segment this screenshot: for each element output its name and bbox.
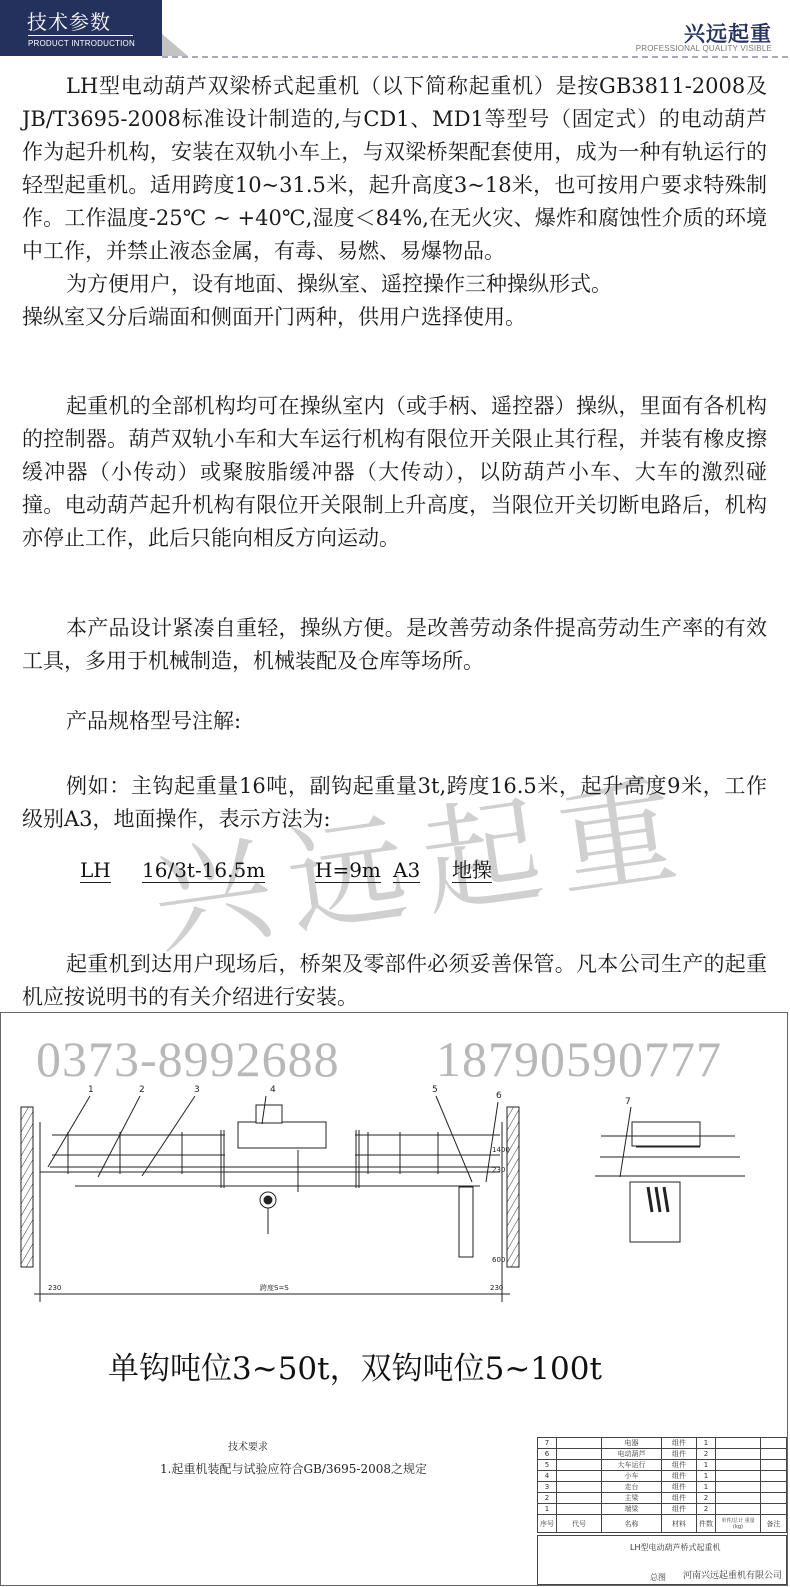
tonnage-range-text: 单钩吨位3~50t，双钩吨位5~100t [108, 1343, 602, 1388]
section-title-block: 技术参数 PRODUCT INTRODUCTION [0, 0, 162, 56]
section-subtitle: PRODUCT INTRODUCTION [28, 39, 135, 48]
spec-duty: A3 [393, 858, 420, 883]
company-name: 河南兴远起重机有限公司 [683, 1568, 782, 1581]
spec-model: LH [80, 858, 111, 883]
phone-mobile: 18790590777 [436, 1030, 722, 1088]
view-label: 总图 [650, 1572, 666, 1583]
paragraph-benefits: 本产品设计紧凑自重轻，操纵方便。是改善劳动条件提高劳动生产率的有效工具，多用于机… [22, 612, 767, 678]
operation-modes-text: 为方便用户，设有地面、操纵室、遥控操作三种操纵形式。 [22, 268, 767, 301]
header-dashed-divider [162, 56, 788, 58]
table-row: 3走台组件1 [538, 1482, 787, 1493]
table-row: 4小车组件1 [538, 1471, 787, 1482]
table-row: 6电动葫芦组件2 [538, 1449, 787, 1460]
paragraph-intro: LH型电动葫芦双梁桥式起重机（以下简称起重机）是按GB3811-2008及JB/… [22, 70, 767, 334]
svg-text:600: 600 [492, 1256, 505, 1264]
brand-tagline: PROFESSIONAL QUALITY VISIBLE [636, 44, 772, 53]
svg-text:230: 230 [492, 1166, 505, 1174]
svg-text:跨度S=S: 跨度S=S [260, 1283, 289, 1292]
callout-7: 7 [625, 1097, 631, 1107]
cab-options-text: 操纵室又分后端面和侧面开门两种，供用户选择使用。 [22, 301, 767, 334]
table-row: 1端梁组件2 [538, 1504, 787, 1515]
spec-operation: 地操 [452, 858, 492, 883]
installation-text: 起重机到达用户现场后，桥架及零部件必须妥善保管。凡本公司生产的起重机应按说明书的… [22, 948, 767, 1014]
spec-capacity-span: 16/3t-16.5m [142, 858, 265, 883]
decorative-triangle [162, 34, 188, 56]
parts-table: 7电器组件1 6电动葫芦组件2 5大车运行组件1 4小车组件1 3走台组件1 2… [537, 1437, 787, 1533]
svg-text:230: 230 [48, 1284, 61, 1292]
callout-6: 6 [496, 1091, 502, 1101]
example-text: 例如：主钩起重量16吨，副钩起重量3t,跨度16.5米，起升高度9米，工作级别A… [22, 770, 767, 836]
section-title: 技术参数 [27, 6, 111, 35]
requirements-title: 技术要求 [228, 1438, 268, 1453]
spec-height: H=9m [315, 858, 381, 883]
requirements-line: 1.起重机装配与试验应符合GB/3695-2008之规定 [160, 1460, 427, 1477]
svg-text:1400: 1400 [492, 1146, 510, 1154]
spec-heading: 产品规格型号注解: [22, 705, 767, 738]
phone-landline: 0373-8992688 [36, 1030, 340, 1088]
svg-text:230: 230 [490, 1284, 503, 1292]
table-row: 2主梁组件2 [538, 1493, 787, 1504]
paragraph-installation: 起重机到达用户现场后，桥架及零部件必须妥善保管。凡本公司生产的起重机应按说明书的… [22, 948, 767, 1014]
table-header-row: 序号代号名称材料件数单件/总计 重量(kg)备注 [538, 1515, 787, 1533]
intro-text: LH型电动葫芦双梁桥式起重机（以下简称起重机）是按GB3811-2008及JB/… [22, 70, 767, 268]
table-row: 5大车运行组件1 [538, 1460, 787, 1471]
page-header: 技术参数 PRODUCT INTRODUCTION 兴远起重 PROFESSIO… [0, 0, 790, 60]
title-block: LH型电动葫芦桥式起重机 总图 河南兴远起重机有限公司 [537, 1535, 787, 1585]
paragraph-example: 例如：主钩起重量16吨，副钩起重量3t,跨度16.5米，起升高度9米，工作级别A… [22, 770, 767, 836]
drawing-name: LH型电动葫芦桥式起重机 [630, 1542, 720, 1553]
benefits-text: 本产品设计紧凑自重轻，操纵方便。是改善劳动条件提高劳动生产率的有效工具，多用于机… [22, 612, 767, 678]
table-row: 7电器组件1 [538, 1438, 787, 1449]
paragraph-spec-heading: 产品规格型号注解: [22, 705, 767, 738]
title-divider [28, 35, 133, 36]
paragraph-controls: 起重机的全部机构均可在操纵室内（或手柄、遥控器）操纵，里面有各机构的控制器。葫芦… [22, 390, 767, 555]
controls-text: 起重机的全部机构均可在操纵室内（或手柄、遥控器）操纵，里面有各机构的控制器。葫芦… [22, 390, 767, 555]
